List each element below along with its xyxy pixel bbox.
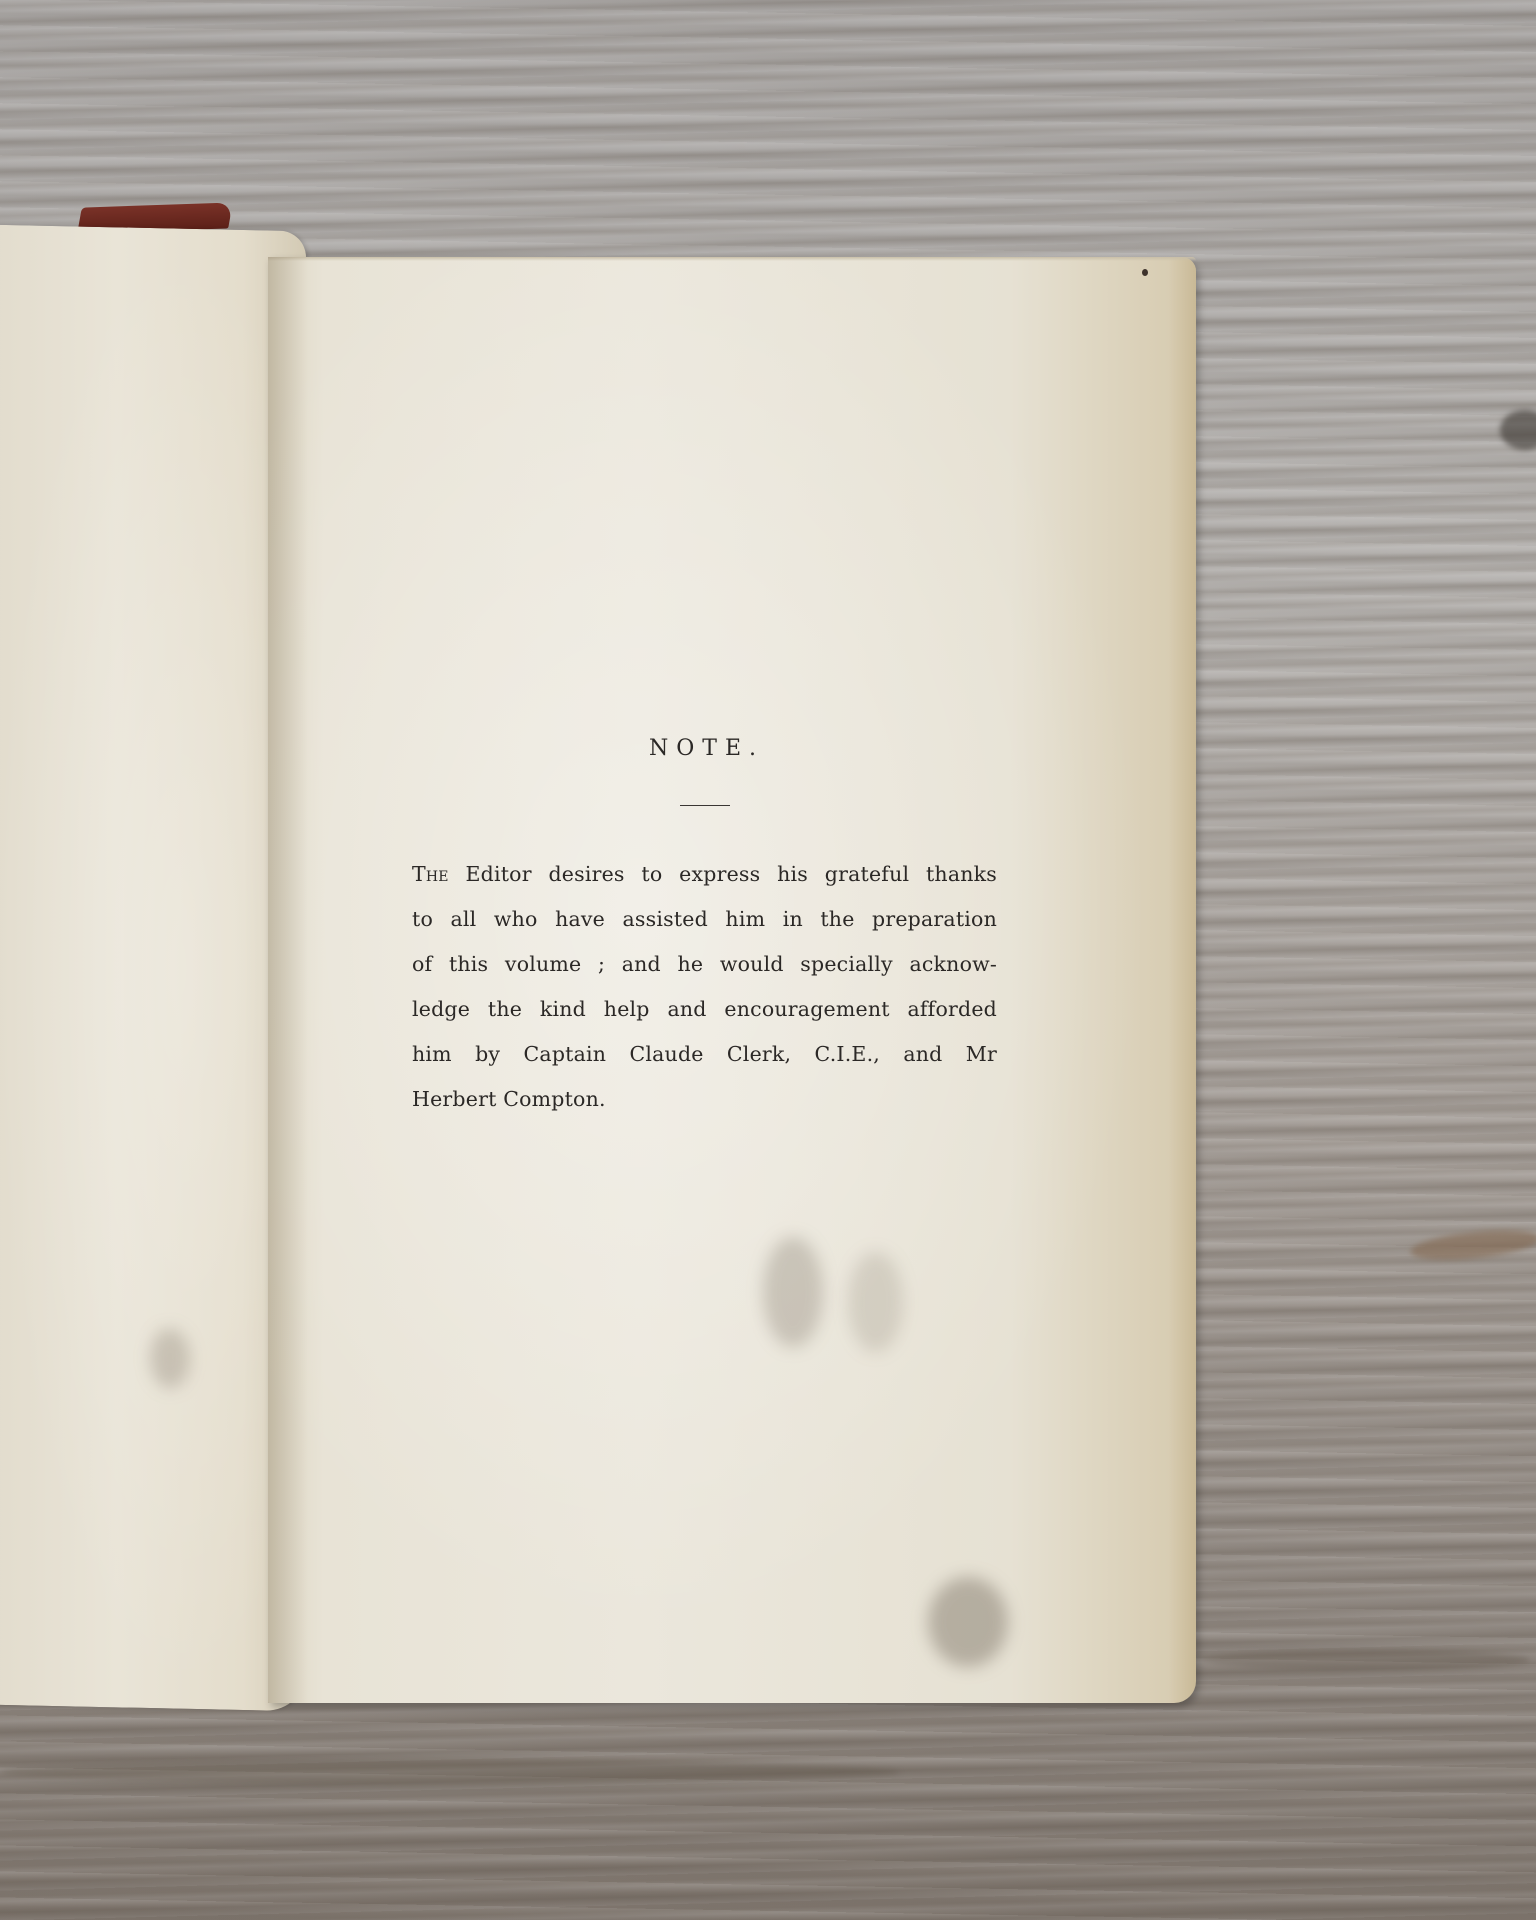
- text-line: of this volume ; and he would specially …: [412, 942, 997, 987]
- gutter-shadow: [268, 257, 308, 1703]
- page-title: NOTE.: [416, 736, 997, 761]
- wood-knot: [1500, 410, 1536, 450]
- thumb-stain: [928, 1577, 1008, 1667]
- page-top-edge: [268, 257, 1196, 261]
- text-line: to all who have assisted him in the prep…: [412, 897, 997, 942]
- note-body-text: The Editor desires to express his gratef…: [412, 852, 997, 1122]
- title-rule-divider: [680, 805, 730, 806]
- lead-word-smallcaps: The: [412, 862, 449, 886]
- wood-knot: [1409, 1225, 1536, 1264]
- foxing-stain: [150, 1328, 190, 1389]
- wood-grain-dark: [0, 1760, 900, 1784]
- text-line: ledge the kind help and encouragement af…: [412, 987, 997, 1032]
- text-line: Herbert Compton.: [412, 1077, 997, 1122]
- left-page: [0, 225, 306, 1712]
- text-line: him by Captain Claude Clerk, C.I.E., and…: [412, 1032, 997, 1077]
- text-line: The Editor desires to express his gratef…: [412, 852, 997, 897]
- foxing-stain: [848, 1252, 903, 1352]
- note-section: NOTE. The Editor desires to express his …: [412, 736, 997, 1122]
- wood-grain-dark: [1200, 1650, 1530, 1670]
- foxing-stain: [763, 1237, 823, 1347]
- page-speck: [1142, 269, 1148, 276]
